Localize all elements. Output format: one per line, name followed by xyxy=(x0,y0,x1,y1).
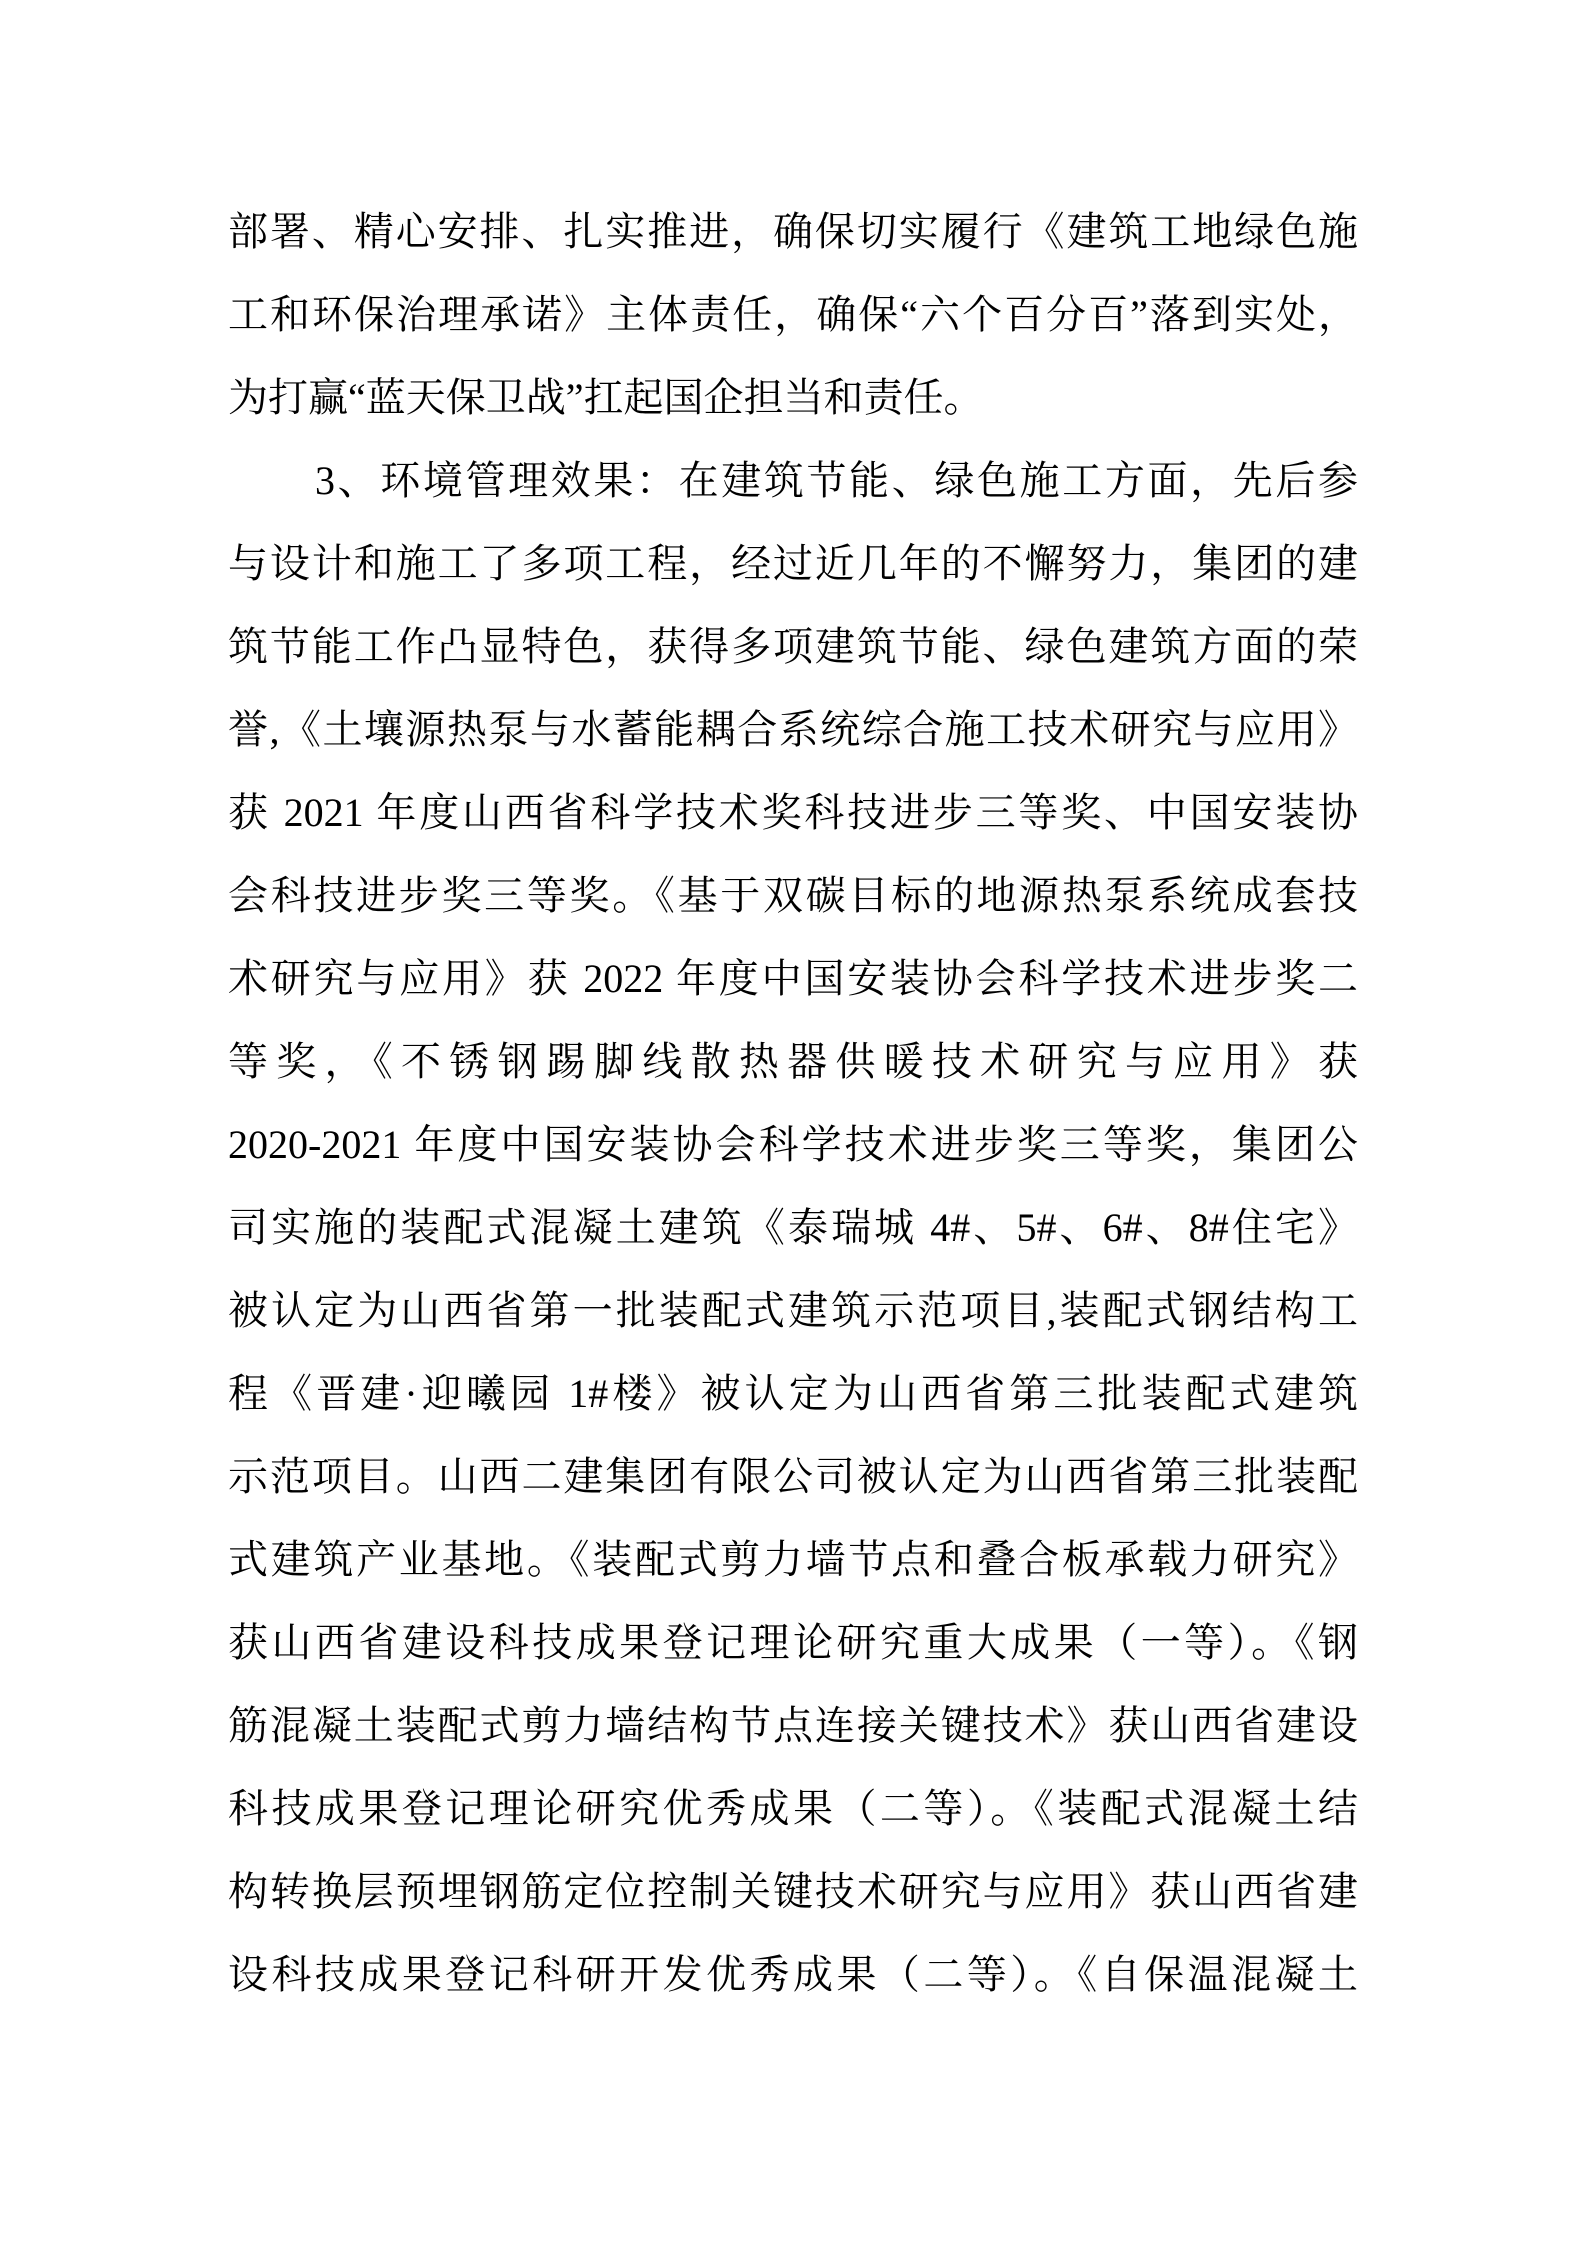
text-line: 科技成果登记理论研究优秀成果（二等）。《装配式混凝土结 xyxy=(228,1767,1358,1850)
text-line: 与设计和施工了多项工程，经过近几年的不懈努力，集团的建 xyxy=(228,522,1358,605)
text-line: 获山西省建设科技成果登记理论研究重大成果（一等）。《钢 xyxy=(228,1601,1358,1684)
paragraph-1: 部署、精心安排、扎实推进，确保切实履行《建筑工地绿色施 工和环保治理承诺》主体责… xyxy=(228,190,1358,439)
text-line: 2020-2021 年度中国安装协会科学技术进步奖三等奖，集团公 xyxy=(228,1103,1358,1186)
text-line: 被认定为山西省第一批装配式建筑示范项目,装配式钢结构工 xyxy=(228,1269,1358,1352)
text-line: 示范项目。山西二建集团有限公司被认定为山西省第三批装配 xyxy=(228,1435,1358,1518)
text-line: 司实施的装配式混凝土建筑《泰瑞城 4#、5#、6#、8#住宅》 xyxy=(228,1186,1358,1269)
text-line: 式建筑产业基地。《装配式剪力墙节点和叠合板承载力研究》 xyxy=(228,1518,1358,1601)
text-line: 筑节能工作凸显特色，获得多项建筑节能、绿色建筑方面的荣 xyxy=(228,605,1358,688)
text-line: 程《晋建·迎曦园 1#楼》被认定为山西省第三批装配式建筑 xyxy=(228,1352,1358,1435)
text-line: 工和环保治理承诺》主体责任，确保“六个百分百”落到实处， xyxy=(228,273,1358,356)
text-line: 设科技成果登记科研开发优秀成果（二等）。《自保温混凝土 xyxy=(228,1933,1358,2016)
paragraph-2: 3、环境管理效果：在建筑节能、绿色施工方面，先后参 与设计和施工了多项工程，经过… xyxy=(228,439,1358,2016)
text-line: 誉,《土壤源热泵与水蓄能耦合系统综合施工技术研究与应用》 xyxy=(228,688,1358,771)
text-line: 等奖，《不锈钢踢脚线散热器供暖技术研究与应用》获 xyxy=(228,1020,1358,1103)
text-line: 构转换层预埋钢筋定位控制关键技术研究与应用》获山西省建 xyxy=(228,1850,1358,1933)
text-line: 获 2021 年度山西省科学技术奖科技进步三等奖、中国安装协 xyxy=(228,771,1358,854)
text-body: 部署、精心安排、扎实推进，确保切实履行《建筑工地绿色施 工和环保治理承诺》主体责… xyxy=(228,190,1358,2016)
text-line: 术研究与应用》获 2022 年度中国安装协会科学技术进步奖二 xyxy=(228,937,1358,1020)
document-page: 部署、精心安排、扎实推进，确保切实履行《建筑工地绿色施 工和环保治理承诺》主体责… xyxy=(0,0,1587,2245)
text-line: 筋混凝土装配式剪力墙结构节点连接关键技术》获山西省建设 xyxy=(228,1684,1358,1767)
text-line: 3、环境管理效果：在建筑节能、绿色施工方面，先后参 xyxy=(228,439,1358,522)
text-line: 会科技进步奖三等奖。《基于双碳目标的地源热泵系统成套技 xyxy=(228,854,1358,937)
text-line: 为打赢“蓝天保卫战”扛起国企担当和责任。 xyxy=(228,356,1358,439)
text-line: 部署、精心安排、扎实推进，确保切实履行《建筑工地绿色施 xyxy=(228,190,1358,273)
